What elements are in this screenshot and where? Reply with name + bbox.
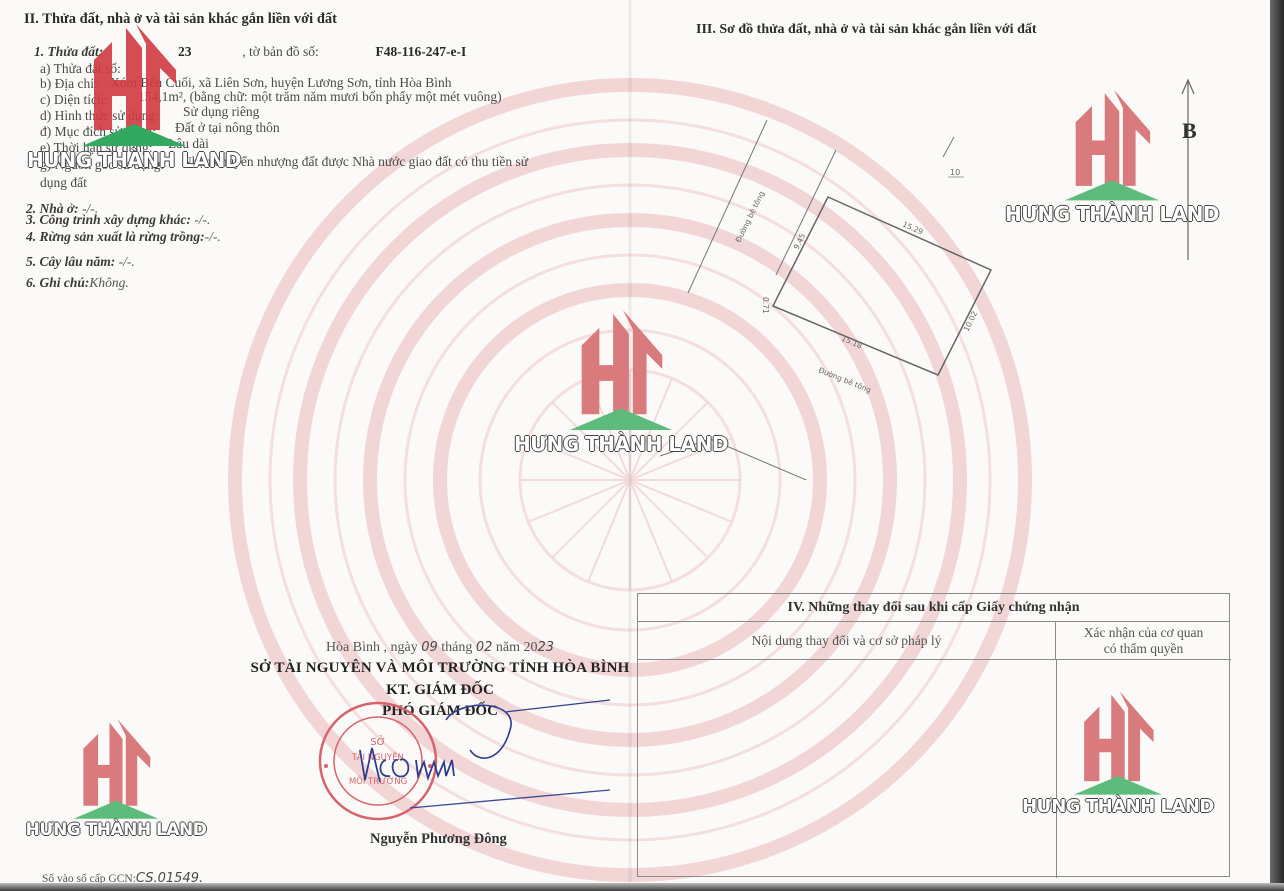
changes-col-confirmation-header: Xác nhận của cơ quan có thẩm quyền	[1056, 622, 1231, 660]
neighbor-parcel-label: 10	[950, 168, 960, 177]
svg-text:15.18: 15.18	[840, 334, 863, 351]
svg-text:15.29: 15.29	[901, 220, 924, 237]
map-sheet-label: , tờ bản đồ số:	[242, 44, 319, 59]
parcel-c-label: c) Diện tích:	[40, 92, 107, 108]
parcel-e-label: e) Thời hạn sử dụng:	[40, 140, 152, 156]
changes-col-content-header: Nội dung thay đổi và cơ sở pháp lý	[638, 622, 1056, 660]
parcel-usage-form: Sử dụng riêng	[183, 104, 259, 120]
svg-text:Đường bê tông: Đường bê tông	[817, 366, 872, 395]
issue-day: 09	[421, 640, 438, 655]
item-planted-forest: 4. Rừng sản xuất là rừng trồng:-/-.	[26, 229, 221, 245]
changes-table-divider	[1056, 660, 1057, 878]
north-label: B	[1182, 118, 1197, 143]
parcel-g-label: g) Nguồn gốc sử dụng:	[40, 157, 164, 173]
parcel-purpose: Đất ở tại nông thôn	[175, 120, 280, 136]
parcel-heading-line: 1. Thửa đất: 23 , tờ bản đồ số: F48-116-…	[34, 44, 466, 60]
issuing-organization: SỞ TÀI NGUYÊN VÀ MÔI TRƯỜNG TỈNH HÒA BÌN…	[230, 660, 650, 677]
signer-name: Nguyễn Phương Đông	[370, 831, 507, 848]
parcel-term: Lâu dài	[168, 136, 209, 152]
parcel-diagram: B 10 15.29 10.02 15.18 0.71 9.45 Đường b…	[630, 60, 1230, 480]
left-page: II. Thửa đất, nhà ở và tài sản khác gắn …	[0, 0, 630, 884]
item-other-construction: 3. Công trình xây dựng khác: -/-.	[26, 212, 210, 228]
parcel-a: a) Thửa đất số:	[40, 61, 121, 77]
changes-table-title: IV. Những thay đổi sau khi cấp Giấy chứn…	[638, 594, 1229, 622]
scan-edge-bottom	[0, 883, 1284, 891]
parcel-area: 154,1m², (bằng chữ: một trăm năm mươi bố…	[138, 89, 502, 105]
svg-text:0.71: 0.71	[761, 297, 770, 314]
parcel-origin-cont: dụng đất	[40, 175, 87, 191]
parcel-dd-label: đ) Mục đích sử dụng:	[40, 124, 156, 140]
signature-icon	[320, 690, 620, 810]
parcel-d-label: d) Hình thức sử dụng:	[40, 108, 159, 124]
section-title-iii: III. Sơ đồ thửa đất, nhà ở và tài sản kh…	[696, 22, 1037, 38]
svg-text:Đường bê tông: Đường bê tông	[734, 190, 767, 244]
certificate-spread: II. Thửa đất, nhà ở và tài sản khác gắn …	[0, 0, 1272, 884]
item-note: 6. Ghi chú:Không.	[26, 275, 129, 291]
issue-date: Hòa Bình , ngày 09 tháng 02 năm 2023	[230, 640, 650, 656]
issue-year: 23	[538, 640, 555, 655]
scan-edge-right	[1270, 0, 1284, 891]
parcel-number: 23	[178, 44, 192, 59]
parcel-b-label: b) Địa chỉ:	[40, 76, 98, 92]
item-perennial-trees: 5. Cây lâu năm: -/-.	[26, 254, 135, 270]
issue-month: 02	[476, 640, 493, 655]
map-sheet-number: F48-116-247-e-I	[375, 44, 466, 59]
changes-table: IV. Những thay đổi sau khi cấp Giấy chứn…	[637, 593, 1230, 877]
parcel-origin: Nhận chuyển nhượng đất được Nhà nước gia…	[182, 154, 528, 170]
section-title-ii: II. Thửa đất, nhà ở và tài sản khác gắn …	[24, 11, 337, 28]
parcel-heading: 1. Thửa đất:	[34, 44, 103, 59]
